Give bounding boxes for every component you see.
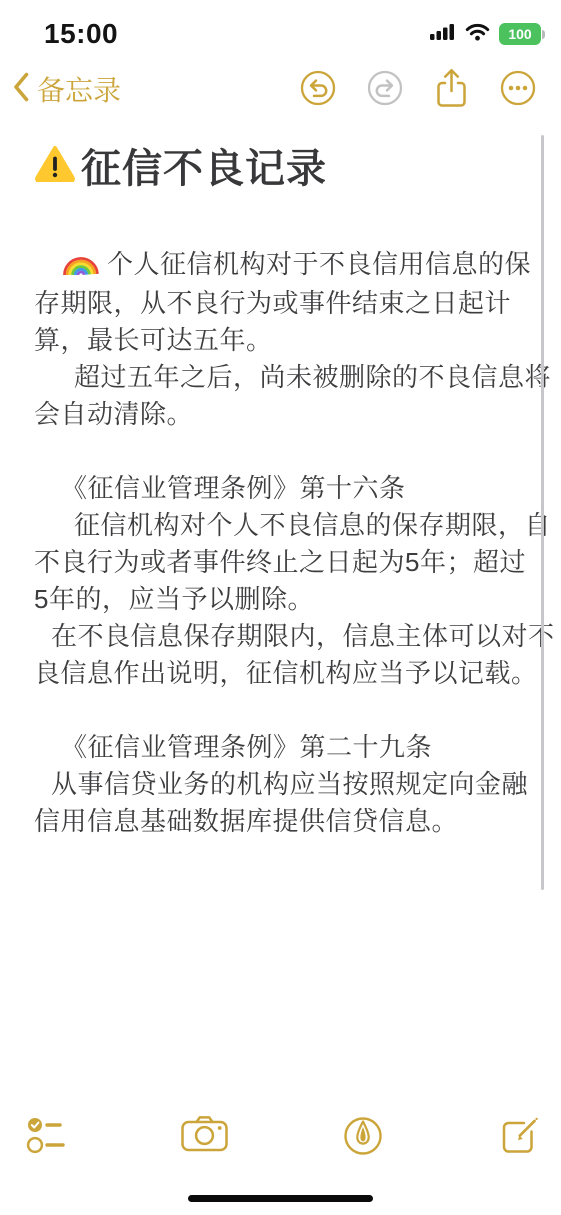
- more-icon: [499, 69, 537, 110]
- scrollbar[interactable]: [541, 135, 544, 890]
- battery-fill: 100: [499, 23, 541, 45]
- paragraph: 从事信贷业务的机构应当按照规定向金融 信用信息基础数据库提供信贷信息。: [34, 766, 539, 840]
- home-indicator[interactable]: [188, 1195, 373, 1202]
- note-title-text: 征信不良记录: [81, 145, 327, 193]
- wifi-icon: [465, 23, 490, 46]
- compose-button[interactable]: [498, 1114, 540, 1159]
- cellular-signal-icon: [430, 23, 456, 45]
- nav-actions: [299, 67, 537, 112]
- battery-icon: 100: [499, 23, 545, 45]
- battery-cap: [542, 30, 545, 39]
- share-button[interactable]: [433, 67, 470, 112]
- status-bar: 15:00 100: [0, 0, 561, 60]
- undo-button[interactable]: [299, 69, 337, 110]
- redo-icon: [366, 69, 404, 110]
- warning-icon: [34, 144, 76, 193]
- camera-button[interactable]: [181, 1114, 228, 1155]
- paragraph: 个人征信机构对于不良信用信息的保 存期限，从不良行为或事件结束之日起计 算，最长…: [34, 246, 539, 359]
- nav-bar: 备忘录: [0, 60, 561, 118]
- rainbow-icon: [63, 248, 99, 285]
- checklist-button[interactable]: [26, 1114, 68, 1159]
- notes-app-screen: 15:00 100: [0, 0, 561, 1215]
- camera-icon: [181, 1114, 228, 1155]
- battery-percent: 100: [508, 26, 531, 42]
- paragraph: 超过五年之后，尚未被删除的不良信息将 会自动清除。: [34, 359, 539, 433]
- paragraph: 在不良信息保存期限内，信息主体可以对不 良信息作出说明，征信机构应当予以记载。: [34, 618, 539, 692]
- note-content[interactable]: 征信不良记录 个人征信机构对于不良信用信息的保 存期限，从不良行为或事件结束之日…: [0, 118, 561, 1100]
- compose-icon: [498, 1114, 540, 1159]
- markup-icon: [341, 1114, 385, 1161]
- paragraph: 《征信业管理条例》第十六条: [34, 470, 539, 507]
- checklist-icon: [26, 1114, 68, 1159]
- markup-button[interactable]: [341, 1114, 385, 1161]
- chevron-left-icon: [12, 71, 30, 108]
- redo-button[interactable]: [366, 69, 404, 110]
- paragraph: 《征信业管理条例》第二十九条: [34, 729, 539, 766]
- back-button[interactable]: 备忘录: [12, 69, 121, 109]
- more-button[interactable]: [499, 69, 537, 110]
- status-icons: 100: [430, 23, 545, 46]
- clock: 15:00: [44, 18, 118, 50]
- back-label: 备忘录: [37, 69, 121, 109]
- paragraph-text: 个人征信机构对于不良信用信息的保 存期限，从不良行为或事件结束之日起计 算，最长…: [34, 249, 531, 355]
- paragraph: 征信机构对个人不良信息的保存期限，自 不良行为或者事件终止之日起为5年；超过 5…: [34, 507, 539, 618]
- note-title: 征信不良记录: [34, 144, 539, 193]
- undo-icon: [299, 69, 337, 110]
- share-icon: [433, 67, 470, 112]
